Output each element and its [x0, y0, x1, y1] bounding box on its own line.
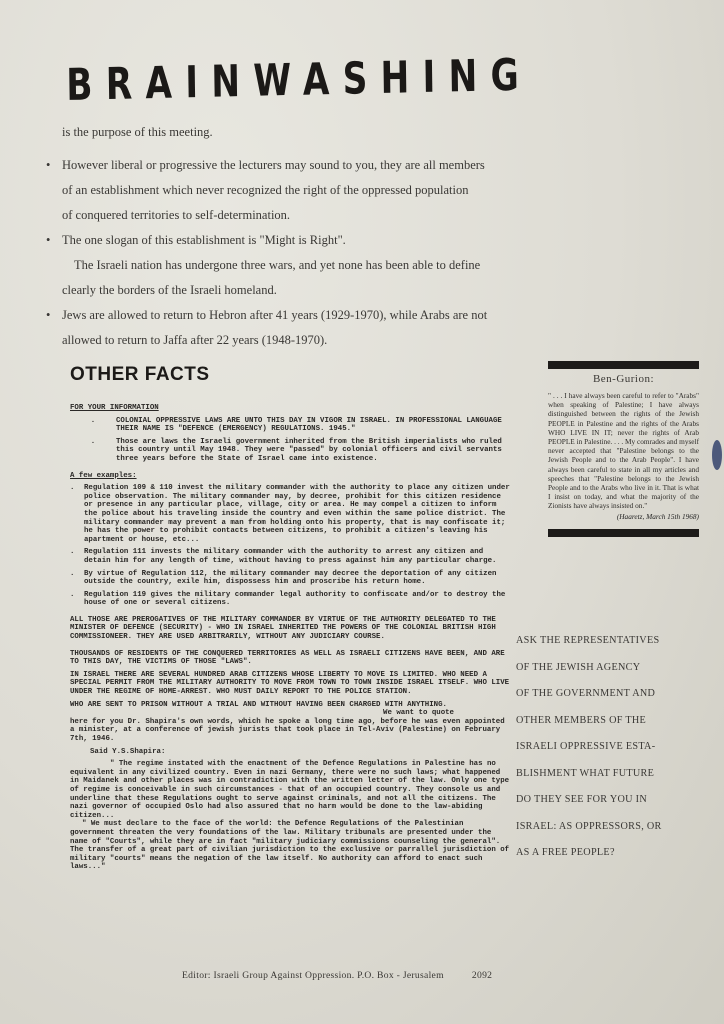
example-item: .Regulation 109 & 110 invest the militar… [70, 484, 510, 544]
intro-bullet: The one slogan of this establishment is … [62, 228, 602, 253]
fyi-label: FOR YOUR INFORMATION [70, 404, 510, 413]
ben-gurion-quote: " . . . I have always been careful to re… [548, 391, 699, 511]
said-shapira: Said Y.S.Shapira: [70, 748, 510, 757]
page-title: BRAINWASHING [66, 50, 532, 111]
intro-line: is the purpose of this meeting. [62, 120, 602, 145]
bullet-icon: . [70, 548, 84, 565]
shapira-quote-2: " We must declare to the face of the wor… [70, 820, 510, 872]
ask-line: ISRAEL: AS OPPRESSORS, OR [516, 814, 662, 841]
other-facts-heading: OTHER FACTS [70, 364, 210, 386]
example-item: .Regulation 119 gives the military comma… [70, 591, 510, 608]
divider [548, 361, 699, 369]
intro-bullet-cont: of conquered territories to self-determi… [62, 203, 602, 228]
ask-section: ASK THE REPRESENTATIVES OF THE JEWISH AG… [516, 628, 662, 867]
ask-line: AS A FREE PEOPLE? [516, 840, 662, 867]
ask-line: BLISHMENT WHAT FUTURE [516, 761, 662, 788]
intro-paragraph-cont: clearly the borders of the Israeli homel… [62, 278, 602, 303]
intro-bullet: Jews are allowed to return to Hebron aft… [62, 303, 602, 328]
footer-box-number: 2092 [472, 970, 492, 981]
ink-stain [712, 440, 722, 470]
prison-paragraph: WHO ARE SENT TO PRISON WITHOUT A TRIAL A… [70, 701, 510, 710]
bullet-icon: . [70, 438, 116, 464]
thousands-paragraph: THOUSANDS OF RESIDENTS OF THE CONQUERED … [70, 650, 510, 667]
ben-gurion-source: (Haaretz, March 15th 1968) [548, 512, 699, 521]
ask-line: OTHER MEMBERS OF THE [516, 708, 662, 735]
bullet-icon: . [70, 570, 84, 587]
quote-intro: here for you Dr. Shapira's own words, wh… [70, 718, 510, 744]
bullet-icon: . [70, 591, 84, 608]
ask-line: ASK THE REPRESENTATIVES [516, 628, 662, 655]
bullet-icon: . [70, 484, 84, 544]
intro-bullet-cont: of an establishment which never recogniz… [62, 178, 602, 203]
divider [548, 529, 699, 537]
ben-gurion-heading: Ben-Gurion: [548, 373, 699, 385]
typewritten-section: FOR YOUR INFORMATION .COLONIAL OPPRESSIV… [70, 404, 510, 872]
shapira-quote-1: " The regime instated with the enactment… [70, 760, 510, 820]
intro-bullet-cont: allowed to return to Jaffa after 22 year… [62, 328, 602, 353]
bullet-icon: . [70, 417, 116, 434]
leaflet-page: BRAINWASHING is the purpose of this meet… [0, 0, 724, 1024]
intro-bullet: However liberal or progressive the lectu… [62, 153, 602, 178]
ask-line: DO THEY SEE FOR YOU IN [516, 787, 662, 814]
intro-section: is the purpose of this meeting. However … [62, 120, 602, 353]
fyi-item: .COLONIAL OPPRESSIVE LAWS ARE UNTO THIS … [70, 417, 510, 434]
prerogatives-paragraph: ALL THOSE ARE PREROGATIVES OF THE MILITA… [70, 616, 510, 642]
ask-line: OF THE JEWISH AGENCY [516, 655, 662, 682]
intro-paragraph: The Israeli nation has undergone three w… [62, 253, 602, 278]
example-item: .Regulation 111 invests the military com… [70, 548, 510, 565]
footer-editor: Editor: Israeli Group Against Oppression… [182, 970, 444, 981]
ask-line: OF THE GOVERNMENT AND [516, 681, 662, 708]
quote-intro-right: We want to quote [70, 709, 510, 718]
fyi-item: .Those are laws the Israeli government i… [70, 438, 510, 464]
several-hundred-paragraph: IN ISRAEL THERE ARE SEVERAL HUNDRED ARAB… [70, 671, 510, 697]
ben-gurion-box: Ben-Gurion: " . . . I have always been c… [548, 361, 699, 537]
footer: Editor: Israeli Group Against Oppression… [182, 970, 492, 981]
examples-label: A few examples: [70, 472, 510, 481]
example-item: .By virtue of Regulation 112, the milita… [70, 570, 510, 587]
ask-line: ISRAELI OPPRESSIVE ESTA- [516, 734, 662, 761]
